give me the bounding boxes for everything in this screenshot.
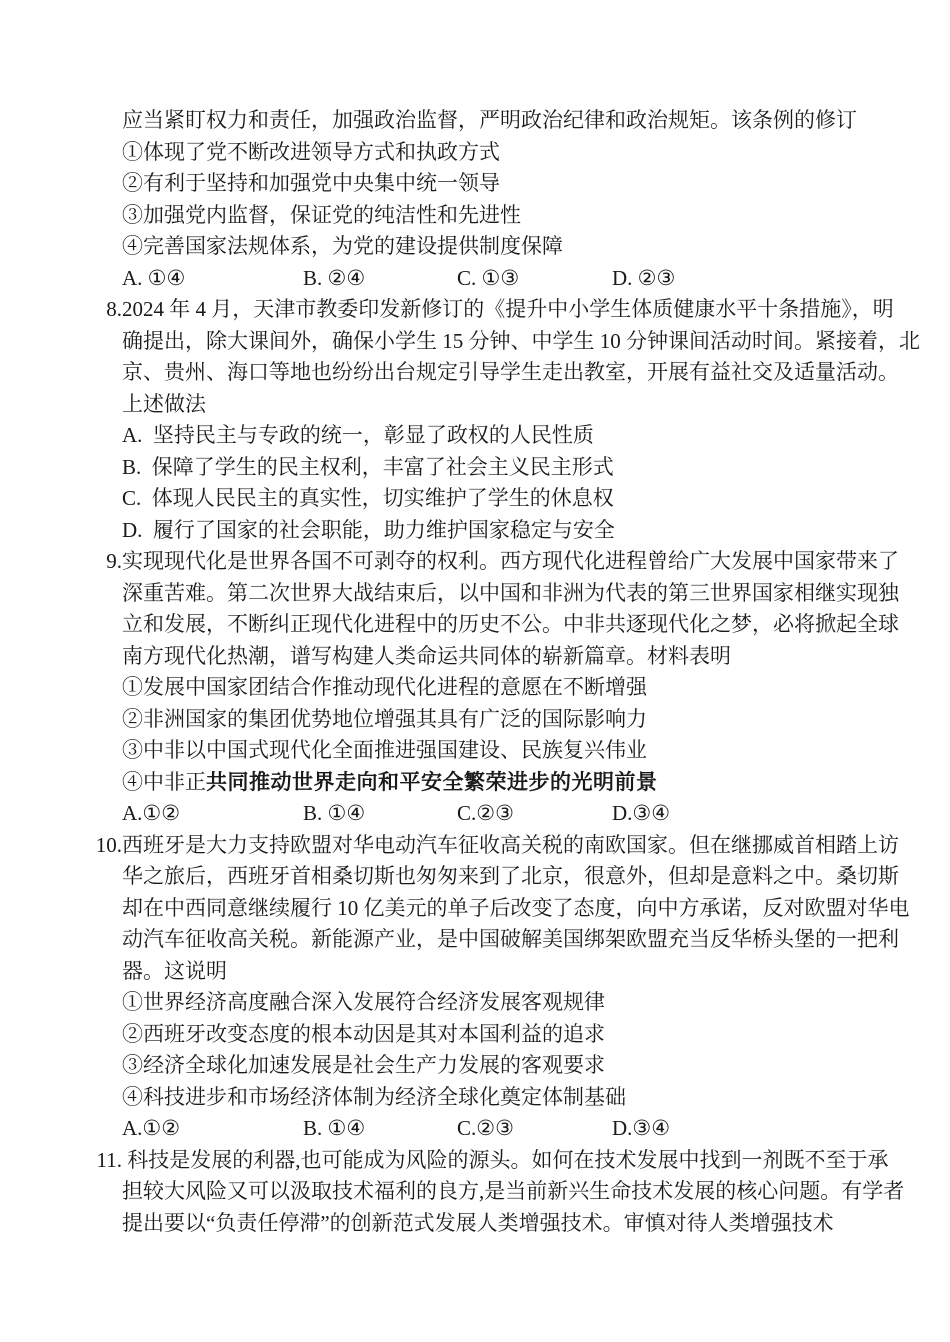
question-9-stem-line: 9.实现现代化是世界各国不可剥夺的权利。西方现代化进程曾给广大发展中国家带来了 bbox=[122, 546, 912, 578]
question-7-choices-row: A. ①④B. ②④C. ①③D. ②③ bbox=[122, 263, 912, 295]
question-10-item: ②西班牙改变态度的根本动因是其对本国利益的追求 bbox=[122, 1019, 912, 1051]
stem-text: 动汽车征收高关税。新能源产业，是中国破解美国绑架欧盟充当反华桥头堡的一把利 bbox=[122, 927, 899, 951]
question-number: 8. bbox=[106, 294, 122, 326]
question-9-item: ①发展中国家团结合作推动现代化进程的意愿在不断增强 bbox=[122, 672, 912, 704]
choice-item: C. 体现人民民主的真实性，切实维护了学生的休息权 bbox=[122, 483, 912, 515]
question-10-stem-line: 10.西班牙是大力支持欧盟对华电动汽车征收高关税的南欧国家。但在继挪威首相踏上访 bbox=[122, 830, 912, 862]
item-text-segment: 共同推动世界走向和平安全繁荣进步的光明前景 bbox=[206, 771, 658, 794]
item-text-segment: ②有利于坚持和加强党中央集中统一领导 bbox=[122, 171, 500, 195]
stem-text: 上述做法 bbox=[122, 392, 206, 416]
question-8: 8.2024 年 4 月，天津市教委印发新修订的《提升中小学生体质健康水平十条措… bbox=[122, 294, 912, 546]
choice-item: B. ①④ bbox=[303, 1113, 457, 1145]
item-text-segment: ②西班牙改变态度的根本动因是其对本国利益的追求 bbox=[122, 1022, 605, 1046]
choice-item: A. ①④ bbox=[122, 263, 303, 295]
question-10: 10.西班牙是大力支持欧盟对华电动汽车征收高关税的南欧国家。但在继挪威首相踏上访… bbox=[122, 830, 912, 1145]
question-10-stem-line: 器。这说明 bbox=[122, 956, 912, 988]
question-7: 应当紧盯权力和责任，加强政治监督，严明政治纪律和政治规矩。该条例的修订①体现了党… bbox=[122, 105, 912, 294]
stem-text: 深重苦难。第二次世界大战结束后，以中国和非洲为代表的第三世界国家相继实现独 bbox=[122, 581, 899, 605]
exam-content: 应当紧盯权力和责任，加强政治监督，严明政治纪律和政治规矩。该条例的修订①体现了党… bbox=[122, 0, 912, 1239]
item-text-segment: ④科技进步和市场经济体制为经济全球化奠定体制基础 bbox=[122, 1085, 626, 1109]
stem-text: 确提出，除大课间外，确保小学生 15 分钟、中学生 10 分钟课间活动时间。紧接… bbox=[122, 329, 920, 353]
choice-item: D. ②③ bbox=[612, 263, 912, 295]
question-11: 11. 科技是发展的利器,也可能成为风险的源头。如何在技术发展中找到一剂既不至于… bbox=[122, 1145, 912, 1240]
question-10-item: ③经济全球化加速发展是社会生产力发展的客观要求 bbox=[122, 1050, 912, 1082]
choice-item: D.③④ bbox=[612, 1113, 912, 1145]
item-text-segment: ③经济全球化加速发展是社会生产力发展的客观要求 bbox=[122, 1053, 605, 1077]
item-text-segment: ②非洲国家的集团优势地位增强其具有广泛的国际影响力 bbox=[122, 707, 647, 731]
question-9-item: ③中非以中国式现代化全面推进强国建设、民族复兴伟业 bbox=[122, 735, 912, 767]
question-10-stem-line: 却在中西同意继续履行 10 亿美元的单子后改变了态度，向中方承诺，反对欧盟对华电 bbox=[122, 893, 912, 925]
question-11-stem-line: 提出要以“负责任停滞”的创新范式发展人类增强技术。审慎对待人类增强技术 bbox=[122, 1208, 912, 1240]
question-9: 9.实现现代化是世界各国不可剥夺的权利。西方现代化进程曾给广大发展中国家带来了深… bbox=[122, 546, 912, 830]
stem-text: 却在中西同意继续履行 10 亿美元的单子后改变了态度，向中方承诺，反对欧盟对华电 bbox=[122, 896, 910, 920]
item-text-segment: ①发展中国家团结合作推动现代化进程的意愿在不断增强 bbox=[122, 675, 647, 699]
stem-text: 西班牙是大力支持欧盟对华电动汽车征收高关税的南欧国家。但在继挪威首相踏上访 bbox=[122, 833, 899, 857]
question-number: 10. bbox=[96, 830, 122, 862]
choice-item: A. 坚持民主与专政的统一，彰显了政权的人民性质 bbox=[122, 420, 912, 452]
question-8-stem-line: 8.2024 年 4 月，天津市教委印发新修订的《提升中小学生体质健康水平十条措… bbox=[122, 294, 912, 326]
question-10-stem-line: 动汽车征收高关税。新能源产业，是中国破解美国绑架欧盟充当反华桥头堡的一把利 bbox=[122, 924, 912, 956]
exam-page: 应当紧盯权力和责任，加强政治监督，严明政治纪律和政治规矩。该条例的修订①体现了党… bbox=[0, 0, 950, 1342]
stem-text: 科技是发展的利器,也可能成为风险的源头。如何在技术发展中找到一剂既不至于承 bbox=[122, 1148, 889, 1172]
stem-text: 立和发展，不断纠正现代化进程中的历史不公。中非共逐现代化之梦，必将掀起全球 bbox=[122, 612, 899, 636]
question-8-stem-line: 京、贵州、海口等地也纷纷出台规定引导学生走出教室，开展有益社交及适量活动。 bbox=[122, 357, 912, 389]
question-11-stem-line: 担较大风险又可以汲取技术福利的良方,是当前新兴生命技术发展的核心问题。有学者 bbox=[122, 1176, 912, 1208]
question-7-item: ②有利于坚持和加强党中央集中统一领导 bbox=[122, 168, 912, 200]
stem-text: 实现现代化是世界各国不可剥夺的权利。西方现代化进程曾给广大发展中国家带来了 bbox=[122, 549, 899, 573]
item-text-segment: ③中非以中国式现代化全面推进强国建设、民族复兴伟业 bbox=[122, 738, 647, 762]
question-9-stem-line: 立和发展，不断纠正现代化进程中的历史不公。中非共逐现代化之梦，必将掀起全球 bbox=[122, 609, 912, 641]
stem-text: 京、贵州、海口等地也纷纷出台规定引导学生走出教室，开展有益社交及适量活动。 bbox=[122, 360, 899, 384]
item-text-segment: ④中非正 bbox=[122, 770, 206, 794]
stem-text: 华之旅后，西班牙首相桑切斯也匆匆来到了北京，很意外，但却是意料之中。桑切斯 bbox=[122, 864, 899, 888]
stem-text: 南方现代化热潮，谱写构建人类命运共同体的崭新篇章。材料表明 bbox=[122, 644, 731, 668]
question-10-choices-row: A.①②B. ①④C.②③D.③④ bbox=[122, 1113, 912, 1145]
question-7-item: ④完善国家法规体系，为党的建设提供制度保障 bbox=[122, 231, 912, 263]
question-8-stem-line: 上述做法 bbox=[122, 389, 912, 421]
choice-item: A.①② bbox=[122, 798, 303, 830]
question-number: 11. bbox=[97, 1145, 122, 1177]
question-9-choices-row: A.①②B. ①④C.②③D.③④ bbox=[122, 798, 912, 830]
stem-text: 担较大风险又可以汲取技术福利的良方,是当前新兴生命技术发展的核心问题。有学者 bbox=[122, 1179, 904, 1203]
stem-text: 器。这说明 bbox=[122, 959, 227, 983]
question-number: 9. bbox=[106, 546, 122, 578]
question-10-stem-line: 华之旅后，西班牙首相桑切斯也匆匆来到了北京，很意外，但却是意料之中。桑切斯 bbox=[122, 861, 912, 893]
question-9-item: ②非洲国家的集团优势地位增强其具有广泛的国际影响力 bbox=[122, 704, 912, 736]
question-9-stem-line: 南方现代化热潮，谱写构建人类命运共同体的崭新篇章。材料表明 bbox=[122, 641, 912, 673]
stem-text: 2024 年 4 月，天津市教委印发新修订的《提升中小学生体质健康水平十条措施》… bbox=[122, 297, 894, 321]
question-9-item: ④中非正共同推动世界走向和平安全繁荣进步的光明前景 bbox=[122, 767, 912, 799]
item-text-segment: ③加强党内监督，保证党的纯洁性和先进性 bbox=[122, 203, 521, 227]
question-7-stem-line: 应当紧盯权力和责任，加强政治监督，严明政治纪律和政治规矩。该条例的修订 bbox=[122, 105, 912, 137]
choice-item: D.③④ bbox=[612, 798, 912, 830]
choice-item: B. ①④ bbox=[303, 798, 457, 830]
question-10-item: ①世界经济高度融合深入发展符合经济发展客观规律 bbox=[122, 987, 912, 1019]
question-9-stem-line: 深重苦难。第二次世界大战结束后，以中国和非洲为代表的第三世界国家相继实现独 bbox=[122, 578, 912, 610]
choice-item: C. ①③ bbox=[457, 263, 612, 295]
choice-item: B. ②④ bbox=[303, 263, 457, 295]
question-7-item: ①体现了党不断改进领导方式和执政方式 bbox=[122, 137, 912, 169]
item-text-segment: ④完善国家法规体系，为党的建设提供制度保障 bbox=[122, 234, 563, 258]
choice-item: D. 履行了国家的社会职能，助力维护国家稳定与安全 bbox=[122, 515, 912, 547]
choice-item: B. 保障了学生的民主权利，丰富了社会主义民主形式 bbox=[122, 452, 912, 484]
question-11-stem-line: 11. 科技是发展的利器,也可能成为风险的源头。如何在技术发展中找到一剂既不至于… bbox=[122, 1145, 912, 1177]
question-10-item: ④科技进步和市场经济体制为经济全球化奠定体制基础 bbox=[122, 1082, 912, 1114]
question-8-stem-line: 确提出，除大课间外，确保小学生 15 分钟、中学生 10 分钟课间活动时间。紧接… bbox=[122, 326, 912, 358]
choice-item: C.②③ bbox=[457, 798, 612, 830]
item-text-segment: ①世界经济高度融合深入发展符合经济发展客观规律 bbox=[122, 990, 605, 1014]
stem-text: 提出要以“负责任停滞”的创新范式发展人类增强技术。审慎对待人类增强技术 bbox=[122, 1211, 834, 1235]
stem-text: 应当紧盯权力和责任，加强政治监督，严明政治纪律和政治规矩。该条例的修订 bbox=[122, 108, 857, 132]
item-text-segment: ①体现了党不断改进领导方式和执政方式 bbox=[122, 140, 500, 164]
question-7-item: ③加强党内监督，保证党的纯洁性和先进性 bbox=[122, 200, 912, 232]
choice-item: C.②③ bbox=[457, 1113, 612, 1145]
choice-item: A.①② bbox=[122, 1113, 303, 1145]
